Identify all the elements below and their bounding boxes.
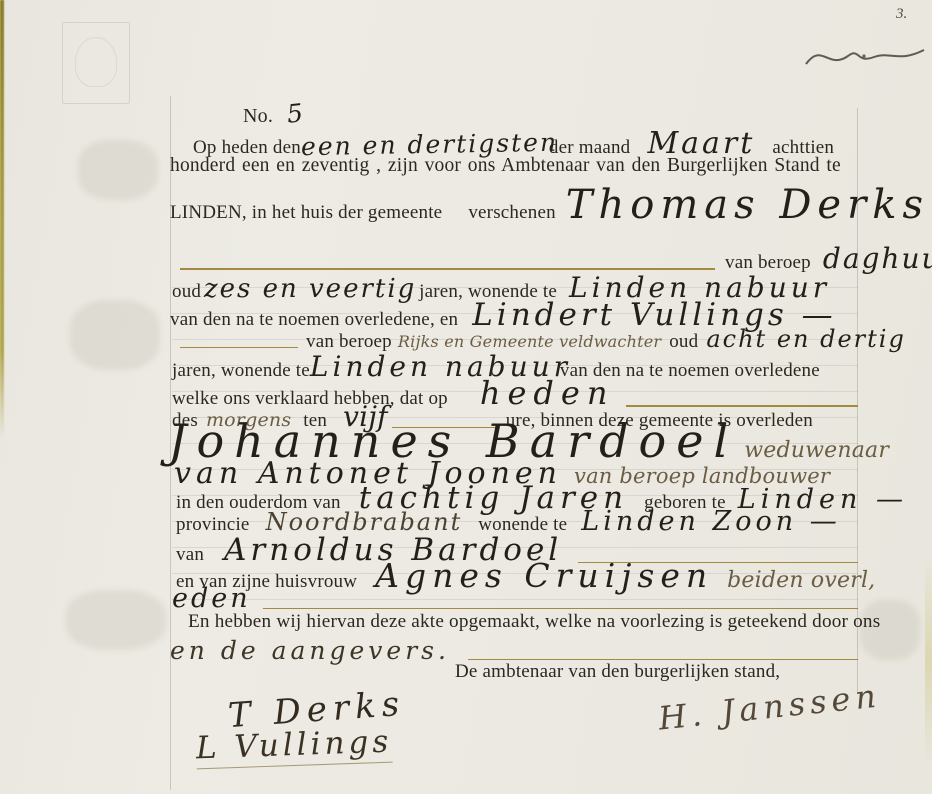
print-text: En hebben wij hiervan deze akte opgemaak… bbox=[188, 611, 880, 633]
hw-declarant1-name: Thomas Derks bbox=[566, 182, 929, 228]
hw-occupation2: Rijks en Gemeente veldwachter bbox=[398, 332, 661, 351]
hw-closing: en de aangevers. bbox=[170, 636, 450, 665]
hw-occupation1: daghuurder bbox=[823, 242, 932, 275]
line-official-title: De ambtenaar van den burgerlijken stand, bbox=[455, 661, 780, 683]
line-closing: En hebben wij hiervan deze akte opgemaak… bbox=[188, 611, 860, 633]
page-edge-smudge bbox=[925, 555, 932, 765]
hw-note-continued: eden bbox=[172, 583, 251, 614]
binding-edge bbox=[0, 0, 4, 438]
paraph-flourish bbox=[802, 26, 930, 78]
bleed-through bbox=[70, 300, 160, 370]
ruled-line bbox=[263, 608, 858, 609]
act-number-line: No. 5 bbox=[243, 99, 303, 128]
signature-official: H. Janssen bbox=[657, 676, 883, 737]
embossed-stamp bbox=[62, 22, 130, 104]
print-text: verschenen bbox=[468, 202, 555, 224]
line-occupation2: van beroep Rijks en Gemeente veldwachter… bbox=[180, 325, 906, 353]
print-text: honderd een en zeventig , zijn voor ons … bbox=[170, 155, 841, 177]
bleed-through bbox=[78, 140, 158, 200]
ruled-line bbox=[180, 347, 298, 348]
folio-number: 3. bbox=[896, 6, 907, 23]
line-year: honderd een en zeventig , zijn voor ons … bbox=[170, 155, 860, 177]
ruled-line bbox=[468, 659, 858, 660]
death-certificate-scan: 3. No. 5 Op heden den een en dertigsten … bbox=[0, 0, 932, 794]
act-number-value: 5 bbox=[286, 98, 305, 129]
line-appeared: LINDEN, in het huis der gemeente versche… bbox=[170, 182, 929, 228]
signature-witness2: L Vullings bbox=[195, 724, 393, 770]
act-number-label: No. bbox=[243, 105, 273, 128]
print-text: LINDEN, in het huis der gemeente bbox=[170, 202, 442, 224]
print-text: De ambtenaar van den burgerlijken stand, bbox=[455, 661, 780, 683]
ruled-line bbox=[180, 268, 715, 270]
bleed-through bbox=[66, 590, 166, 650]
line-note-continued: eden bbox=[172, 583, 858, 614]
hw-age2: acht en dertig bbox=[706, 325, 906, 353]
